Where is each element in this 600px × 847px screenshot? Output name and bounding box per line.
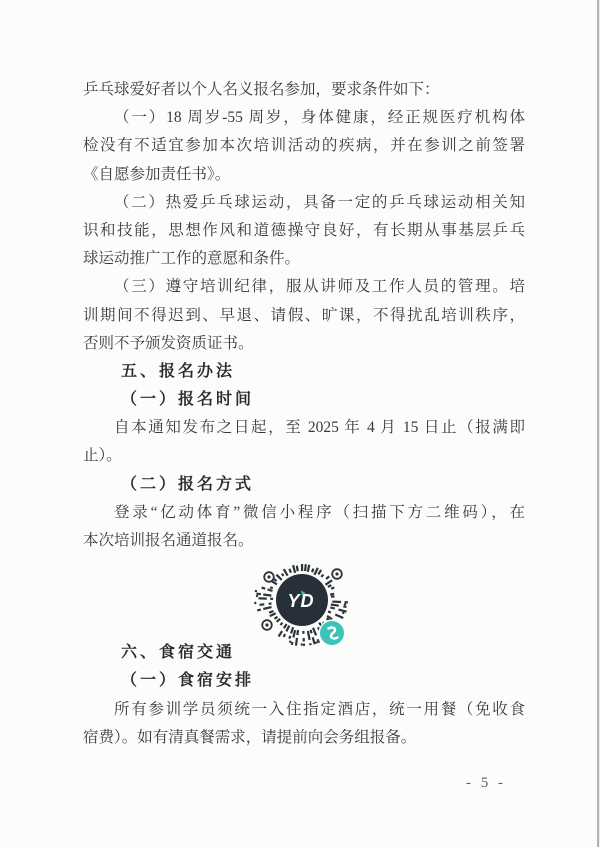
paragraph-line: 否则不予颁发资质证书。: [83, 330, 525, 358]
paragraph-line: 识和技能，思想作风和道德操守良好，有长期从事基层乒乓: [83, 217, 525, 245]
qr-block: YD: [83, 555, 525, 639]
paragraph-line: 训期间不得迟到、早退、请假、旷课，不得扰乱培训秩序，: [83, 302, 525, 330]
qr-position-eye-top-right: [332, 569, 342, 579]
paragraph-line: 所有参训学员须统一入住指定酒店，统一用餐（免收食: [83, 696, 525, 724]
paragraph-line: 自本通知发布之日起，至 2025 年 4 月 15 日止（报满即: [83, 414, 525, 442]
paragraph-line: 检没有不适宜参加本次培训活动的疾病，并在参训之前签署: [83, 132, 525, 160]
paragraph-line: （二）热爱乒乓球运动，具备一定的乒乓球运动相关知: [83, 189, 525, 217]
section-heading: 五、报名办法: [83, 358, 525, 386]
section-heading: （一）食宿安排: [83, 667, 525, 695]
paragraph-line: 《自愿参加责任书》。: [83, 161, 525, 189]
paragraph-line: 球运动推广工作的意愿和条件。: [83, 245, 525, 273]
section-heading: （二）报名方式: [83, 471, 525, 499]
paragraph-line: （三）遵守培训纪律，服从讲师及工作人员的管理。培: [83, 273, 525, 301]
wechat-miniprogram-icon: [319, 620, 346, 647]
wechat-miniprogram-qr-code: YD: [252, 550, 352, 650]
qr-position-eye-top-left: [264, 572, 274, 582]
scanned-document-page: 乒乓球爱好者以个人名义报名参加，要求条件如下：（一）18 周岁-55 周岁，身体…: [0, 0, 600, 847]
paragraph-line: 宿费）。如有清真餐需求，请提前向会务组报备。: [83, 724, 525, 752]
paragraph-line: 登录“亿动体育”微信小程序（扫描下方二维码），在: [83, 499, 525, 527]
qr-position-eye-bottom-left: [262, 620, 272, 630]
document-body: 乒乓球爱好者以个人名义报名参加，要求条件如下：（一）18 周岁-55 周岁，身体…: [83, 76, 525, 752]
qr-center-logo: YD: [276, 574, 328, 626]
qr-logo-text: YD: [287, 591, 314, 611]
section-heading: （一）报名时间: [83, 386, 525, 414]
paragraph-line: 止）。: [83, 442, 525, 470]
page-number: - 5 -: [466, 775, 506, 792]
paragraph-line: 乒乓球爱好者以个人名义报名参加，要求条件如下：: [83, 76, 525, 104]
paragraph-line: （一）18 周岁-55 周岁，身体健康，经正规医疗机构体: [83, 104, 525, 132]
scan-edge-line: [597, 0, 599, 847]
